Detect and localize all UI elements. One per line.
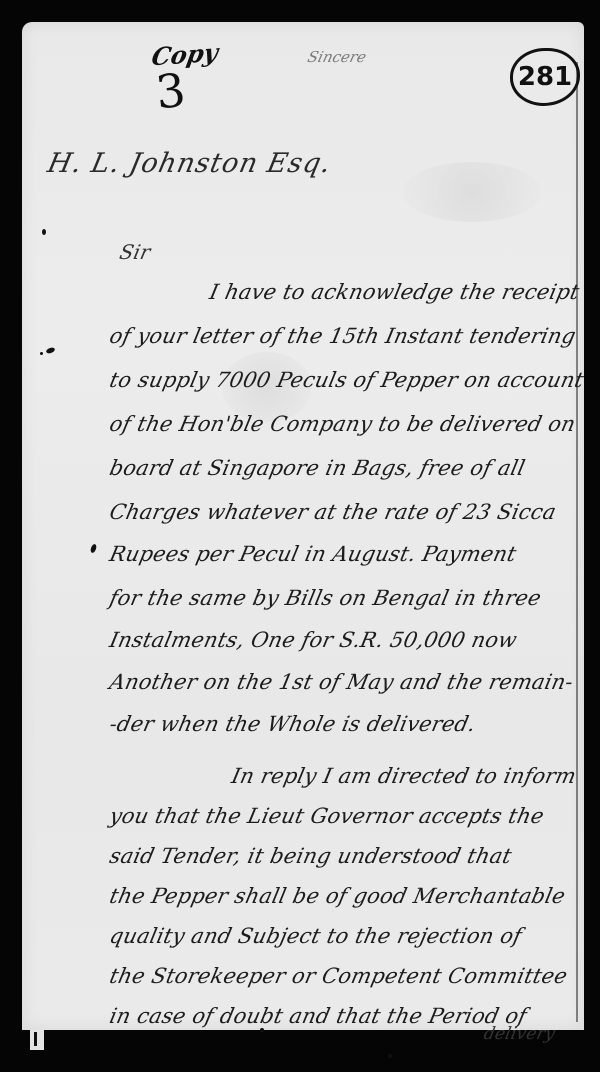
margin-ink-mark xyxy=(260,1028,264,1032)
letter-line: said Tender, it being understood that xyxy=(107,844,513,868)
catchword: delivery xyxy=(482,1024,557,1044)
folio-number: 281 xyxy=(518,62,572,92)
letter-line: quality and Subject to the rejection of xyxy=(107,924,524,948)
letter-line: -der when the Whole is delivered. xyxy=(107,712,478,736)
binding-tab xyxy=(30,1030,44,1050)
letter-line: Charges whatever at the rate of 23 Sicca xyxy=(107,500,558,524)
letter-line: I have to acknowledge the receipt xyxy=(207,280,581,304)
margin-ink-mark xyxy=(42,229,46,235)
letter-line: board at Singapore in Bags, free of all xyxy=(107,456,527,480)
heading-word: Sincere xyxy=(306,48,369,66)
salutation: Sir xyxy=(117,240,152,264)
letter-line: Instalments, One for S.R. 50,000 now xyxy=(107,628,519,652)
letter-line: of your letter of the 15th Instant tende… xyxy=(107,324,578,348)
letter-line: the Pepper shall be of good Merchantable xyxy=(107,884,567,908)
letter-line: of the Hon'ble Company to be delivered o… xyxy=(107,412,577,436)
letter-line: In reply I am directed to inform xyxy=(229,764,578,788)
margin-ink-mark xyxy=(388,1054,392,1058)
letter-line: Rupees per Pecul in August. Payment xyxy=(107,542,518,566)
letter-line: to supply 7000 Peculs of Pepper on accou… xyxy=(107,368,586,392)
copy-number: 3 xyxy=(153,63,188,120)
addressee: H. L. Johnston Esq. xyxy=(45,148,335,179)
margin-ink-mark xyxy=(40,352,43,355)
letter-line: for the same by Bills on Bengal in three xyxy=(107,586,543,610)
letter-line: Another on the 1st of May and the remain… xyxy=(107,670,575,694)
letter-line: you that the Lieut Governor accepts the xyxy=(107,804,546,828)
letter-line: in case of doubt and that the Period of xyxy=(107,1004,529,1028)
letter-line: the Storekeeper or Competent Committee xyxy=(107,964,569,988)
page-edge-line xyxy=(576,62,578,1022)
paper-stain xyxy=(402,162,542,222)
